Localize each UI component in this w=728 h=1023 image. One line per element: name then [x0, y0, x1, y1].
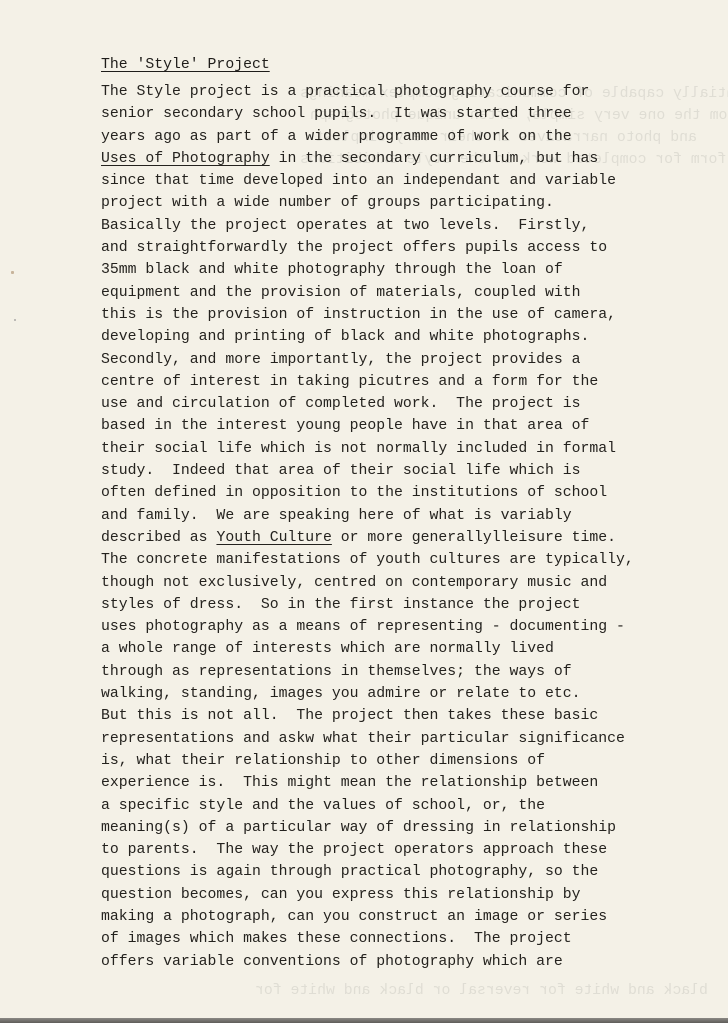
- text-segment: based in the interest young people have …: [101, 418, 589, 434]
- text-segment: a specific style and the values of schoo…: [101, 798, 545, 814]
- text-line: Basically the project operates at two le…: [101, 215, 721, 237]
- text-line: walking, standing, images you admire or …: [101, 683, 721, 705]
- text-line: questions is again through practical pho…: [101, 861, 721, 883]
- text-line: Uses of Photography in the secondary cur…: [101, 148, 721, 170]
- text-line: project with a wide number of groups par…: [101, 192, 721, 214]
- text-segment: making a photograph, can you construct a…: [101, 909, 607, 925]
- text-segment: 35mm black and white photography through…: [101, 262, 563, 278]
- text-line: Secondly, and more importantly, the proj…: [101, 349, 721, 371]
- text-line: through as representations in themselves…: [101, 661, 721, 683]
- text-segment: meaning(s) of a particular way of dressi…: [101, 820, 616, 836]
- text-segment: through as representations in themselves…: [101, 664, 572, 680]
- text-line: representations and askw what their part…: [101, 728, 721, 750]
- document-title: The 'Style' Project: [101, 54, 270, 76]
- text-line: study. Indeed that area of their social …: [101, 460, 721, 482]
- text-segment: in the secondary curriculum, but has: [270, 151, 599, 167]
- text-segment: described as: [101, 530, 216, 546]
- underlined-term: Uses of Photography: [101, 151, 270, 167]
- text-segment: this is the provision of instruction in …: [101, 307, 616, 323]
- text-line: centre of interest in taking picutres an…: [101, 371, 721, 393]
- text-line: described as Youth Culture or more gener…: [101, 527, 721, 549]
- text-line: senior secondary school pupils. It was s…: [101, 103, 721, 125]
- text-line: meaning(s) of a particular way of dressi…: [101, 817, 721, 839]
- text-segment: But this is not all. The project then ta…: [101, 708, 598, 724]
- text-line: The concrete manifestations of youth cul…: [101, 549, 721, 571]
- text-line: though not exclusively, centred on conte…: [101, 572, 721, 594]
- scan-bottom-edge: [0, 1018, 728, 1023]
- text-line: developing and printing of black and whi…: [101, 326, 721, 348]
- paper-speck: [11, 271, 14, 274]
- text-line: since that time developed into an indepe…: [101, 170, 721, 192]
- text-segment: questions is again through practical pho…: [101, 864, 598, 880]
- text-line: uses photography as a means of represent…: [101, 616, 721, 638]
- text-line: 35mm black and white photography through…: [101, 259, 721, 281]
- text-line: a specific style and the values of schoo…: [101, 795, 721, 817]
- text-line: based in the interest young people have …: [101, 415, 721, 437]
- text-line: their social life which is not normally …: [101, 438, 721, 460]
- text-segment: though not exclusively, centred on conte…: [101, 575, 607, 591]
- text-segment: study. Indeed that area of their social …: [101, 463, 581, 479]
- text-segment: and family. We are speaking here of what…: [101, 508, 572, 524]
- text-line: years ago as part of a wider programme o…: [101, 126, 721, 148]
- paper-speck: [14, 319, 16, 321]
- text-segment: The Style project is a practical photogr…: [101, 84, 589, 100]
- text-line: and straightforwardly the project offers…: [101, 237, 721, 259]
- text-segment: experience is. This might mean the relat…: [101, 775, 598, 791]
- text-line: and family. We are speaking here of what…: [101, 505, 721, 527]
- text-line: equipment and the provision of materials…: [101, 282, 721, 304]
- text-segment: a whole range of interests which are nor…: [101, 641, 554, 657]
- text-line: The Style project is a practical photogr…: [101, 81, 721, 103]
- text-segment: their social life which is not normally …: [101, 441, 616, 457]
- text-line: a whole range of interests which are nor…: [101, 638, 721, 660]
- text-segment: to parents. The way the project operator…: [101, 842, 607, 858]
- text-segment: Secondly, and more importantly, the proj…: [101, 352, 581, 368]
- text-line: often defined in opposition to the insti…: [101, 482, 721, 504]
- text-segment: often defined in opposition to the insti…: [101, 485, 607, 501]
- text-segment: centre of interest in taking picutres an…: [101, 374, 598, 390]
- underlined-term: Youth Culture: [216, 530, 331, 546]
- text-line: this is the provision of instruction in …: [101, 304, 721, 326]
- text-segment: styles of dress. So in the first instanc…: [101, 597, 581, 613]
- text-segment: senior secondary school pupils. It was s…: [101, 106, 572, 122]
- text-segment: use and circulation of completed work. T…: [101, 396, 581, 412]
- text-segment: or more generallylleisure time.: [332, 530, 616, 546]
- text-line: offers variable conventions of photograp…: [101, 951, 721, 973]
- text-segment: developing and printing of black and whi…: [101, 329, 589, 345]
- bleed-through-line: black and white for reversal or black an…: [255, 983, 708, 999]
- text-segment: equipment and the provision of materials…: [101, 285, 581, 301]
- text-segment: uses photography as a means of represent…: [101, 619, 625, 635]
- text-segment: project with a wide number of groups par…: [101, 195, 554, 211]
- text-segment: since that time developed into an indepe…: [101, 173, 616, 189]
- text-segment: Basically the project operates at two le…: [101, 218, 589, 234]
- text-line: But this is not all. The project then ta…: [101, 705, 721, 727]
- text-line: question becomes, can you express this r…: [101, 884, 721, 906]
- text-line: experience is. This might mean the relat…: [101, 772, 721, 794]
- text-segment: and straightforwardly the project offers…: [101, 240, 607, 256]
- text-segment: is, what their relationship to other dim…: [101, 753, 545, 769]
- text-segment: years ago as part of a wider programme o…: [101, 129, 572, 145]
- text-segment: representations and askw what their part…: [101, 731, 625, 747]
- text-line: of images which makes these connections.…: [101, 928, 721, 950]
- text-segment: question becomes, can you express this r…: [101, 887, 581, 903]
- text-segment: walking, standing, images you admire or …: [101, 686, 581, 702]
- text-segment: of images which makes these connections.…: [101, 931, 572, 947]
- document-page: potentially capable of communicating com…: [0, 0, 728, 1023]
- document-body: The Style project is a practical photogr…: [101, 81, 721, 973]
- text-line: is, what their relationship to other dim…: [101, 750, 721, 772]
- text-line: making a photograph, can you construct a…: [101, 906, 721, 928]
- text-line: styles of dress. So in the first instanc…: [101, 594, 721, 616]
- text-segment: offers variable conventions of photograp…: [101, 954, 563, 970]
- text-segment: The concrete manifestations of youth cul…: [101, 552, 634, 568]
- text-line: use and circulation of completed work. T…: [101, 393, 721, 415]
- text-line: to parents. The way the project operator…: [101, 839, 721, 861]
